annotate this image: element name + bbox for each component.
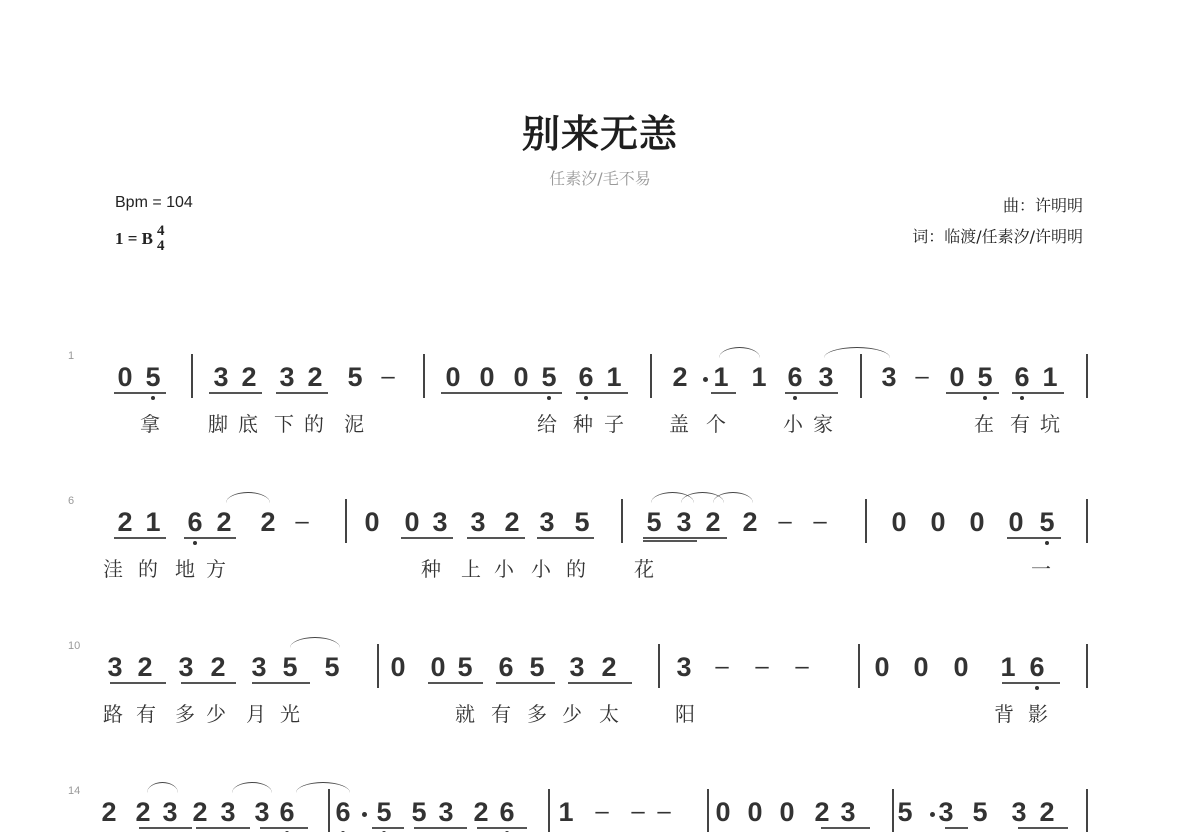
- note: 6: [1027, 652, 1047, 682]
- note: 6: [1012, 362, 1032, 392]
- note: 2: [214, 507, 234, 537]
- lyricist-label: 词：临渡/任素汐/许明明: [912, 224, 1083, 247]
- note: 5: [975, 362, 995, 392]
- lyric-char: 小: [491, 553, 517, 582]
- note: 2: [133, 797, 153, 827]
- note: 0: [443, 362, 463, 392]
- bar-line: [1086, 644, 1088, 688]
- lyric-char: 的: [563, 553, 589, 582]
- note: 1: [556, 797, 576, 827]
- note: 0: [777, 797, 797, 827]
- note: 0: [477, 362, 497, 392]
- note: 3: [674, 507, 694, 537]
- bar-line: [707, 789, 709, 832]
- note: 3: [537, 507, 557, 537]
- lyric-char: 方: [203, 553, 229, 582]
- beam-underline: [537, 537, 594, 539]
- beam-underline: [821, 827, 870, 829]
- note: 1: [1040, 362, 1060, 392]
- lyric-char: 泥: [341, 408, 367, 437]
- beam-underline: [643, 540, 697, 542]
- augmentation-dot: [362, 812, 367, 817]
- low-octave-dot: [983, 396, 987, 400]
- note: 2: [812, 797, 832, 827]
- lyric-char: 一: [1028, 553, 1054, 582]
- beam-underline: [576, 392, 628, 394]
- lyric-char: 小: [780, 408, 806, 437]
- sustain-dash: –: [654, 797, 674, 827]
- note: 1: [604, 362, 624, 392]
- lyric-char: 地: [172, 553, 198, 582]
- system-number: 10: [68, 640, 80, 652]
- beam-underline: [372, 827, 404, 829]
- song-title: 别来无恙: [0, 103, 1200, 158]
- note: 0: [872, 652, 892, 682]
- note: 2: [599, 652, 619, 682]
- bar-line: [892, 789, 894, 832]
- lyric-char: 阳: [672, 698, 698, 727]
- note: 1: [749, 362, 769, 392]
- beam-underline: [496, 682, 555, 684]
- lyric-char: 就: [452, 698, 478, 727]
- lyric-char: 种: [570, 408, 596, 437]
- beam-underline: [785, 392, 838, 394]
- beam-underline: [114, 537, 166, 539]
- beam-underline: [1002, 682, 1060, 684]
- note: 0: [967, 507, 987, 537]
- sustain-dash: –: [912, 362, 932, 392]
- beam-underline: [467, 537, 525, 539]
- note: 1: [711, 362, 731, 392]
- note: 6: [497, 797, 517, 827]
- lyric-char: 在: [971, 408, 997, 437]
- note: 2: [239, 362, 259, 392]
- note: 3: [1009, 797, 1029, 827]
- lyric-char: 脚: [205, 408, 231, 437]
- note: 2: [115, 507, 135, 537]
- note: 3: [430, 507, 450, 537]
- low-octave-dot: [584, 396, 588, 400]
- note: 3: [674, 652, 694, 682]
- slur-arc: [713, 492, 753, 503]
- bar-line: [860, 354, 862, 398]
- note: 3: [160, 797, 180, 827]
- sustain-dash: –: [712, 652, 732, 682]
- bpm-label: Bpm = 104: [115, 194, 193, 212]
- augmentation-dot: [930, 812, 935, 817]
- bar-line: [377, 644, 379, 688]
- lyric-char: 有: [488, 698, 514, 727]
- beam-underline: [711, 392, 736, 394]
- beam-underline: [441, 392, 562, 394]
- lyric-char: 花: [631, 553, 657, 582]
- bar-line: [328, 789, 330, 832]
- slur-arc: [290, 637, 340, 648]
- key-label: 1 = B: [115, 229, 153, 249]
- bar-line: [621, 499, 623, 543]
- note: 0: [428, 652, 448, 682]
- beam-underline: [260, 827, 308, 829]
- note: 6: [185, 507, 205, 537]
- low-octave-dot: [151, 396, 155, 400]
- beam-underline: [1018, 827, 1068, 829]
- note: 0: [511, 362, 531, 392]
- lyric-char: 影: [1025, 698, 1051, 727]
- note: 5: [345, 362, 365, 392]
- beam-underline: [1012, 392, 1064, 394]
- composer-label: 曲：许明明: [1003, 193, 1083, 216]
- slur-arc: [824, 347, 890, 358]
- sustain-dash: –: [792, 652, 812, 682]
- beam-underline: [568, 682, 632, 684]
- note: 3: [816, 362, 836, 392]
- lyric-char: 少: [203, 698, 229, 727]
- augmentation-dot: [703, 377, 708, 382]
- note: 5: [527, 652, 547, 682]
- note: 2: [703, 507, 723, 537]
- note: 6: [277, 797, 297, 827]
- note: 3: [211, 362, 231, 392]
- beam-underline: [209, 392, 262, 394]
- sustain-dash: –: [775, 507, 795, 537]
- note: 0: [947, 362, 967, 392]
- beam-underline: [181, 682, 236, 684]
- note: 0: [745, 797, 765, 827]
- system-number: 6: [68, 495, 74, 507]
- lyric-char: 月: [243, 698, 269, 727]
- note: 0: [388, 652, 408, 682]
- low-octave-dot: [1045, 541, 1049, 545]
- note: 3: [249, 652, 269, 682]
- low-octave-dot: [1020, 396, 1024, 400]
- note: 2: [502, 507, 522, 537]
- bar-line: [1086, 499, 1088, 543]
- bar-line: [658, 644, 660, 688]
- bar-line: [1086, 789, 1088, 832]
- slur-arc: [232, 782, 272, 793]
- note: 6: [333, 797, 353, 827]
- lyric-char: 家: [810, 408, 836, 437]
- low-octave-dot: [793, 396, 797, 400]
- note: 5: [572, 507, 592, 537]
- beam-underline: [401, 537, 453, 539]
- note: 0: [402, 507, 422, 537]
- note: 3: [936, 797, 956, 827]
- slur-arc: [147, 782, 178, 793]
- beam-underline: [110, 682, 166, 684]
- lyric-char: 小: [528, 553, 554, 582]
- note: 5: [644, 507, 664, 537]
- bar-line: [345, 499, 347, 543]
- note: 0: [911, 652, 931, 682]
- sustain-dash: –: [752, 652, 772, 682]
- slur-arc: [296, 782, 350, 793]
- note: 5: [374, 797, 394, 827]
- note: 2: [1037, 797, 1057, 827]
- lyric-char: 子: [601, 408, 627, 437]
- note: 0: [362, 507, 382, 537]
- bar-line: [650, 354, 652, 398]
- lyric-char: 多: [172, 698, 198, 727]
- note: 3: [176, 652, 196, 682]
- beam-underline: [252, 682, 310, 684]
- note: 5: [895, 797, 915, 827]
- note: 3: [468, 507, 488, 537]
- lyric-char: 种: [418, 553, 444, 582]
- note: 2: [208, 652, 228, 682]
- lyric-char: 的: [135, 553, 161, 582]
- note: 2: [190, 797, 210, 827]
- note: 3: [838, 797, 858, 827]
- note: 0: [115, 362, 135, 392]
- beam-underline: [414, 827, 467, 829]
- system-number: 14: [68, 785, 80, 797]
- artist-label: 任素汐/毛不易: [0, 166, 1200, 189]
- lyric-char: 上: [458, 553, 484, 582]
- note: 5: [539, 362, 559, 392]
- note: 2: [258, 507, 278, 537]
- bar-line: [858, 644, 860, 688]
- note: 0: [928, 507, 948, 537]
- note: 6: [576, 362, 596, 392]
- beam-underline: [114, 392, 166, 394]
- bar-line: [548, 789, 550, 832]
- lyric-char: 路: [100, 698, 126, 727]
- note: 2: [305, 362, 325, 392]
- note: 2: [135, 652, 155, 682]
- sustain-dash: –: [292, 507, 312, 537]
- note: 0: [713, 797, 733, 827]
- note: 0: [951, 652, 971, 682]
- note: 2: [740, 507, 760, 537]
- beam-underline: [946, 392, 999, 394]
- slur-arc: [226, 492, 270, 503]
- note: 3: [277, 362, 297, 392]
- sustain-dash: –: [378, 362, 398, 392]
- bar-line: [865, 499, 867, 543]
- note: 6: [496, 652, 516, 682]
- low-octave-dot: [193, 541, 197, 545]
- key-signature: 1 = B 4 4: [115, 224, 165, 254]
- note: 1: [998, 652, 1018, 682]
- lyric-char: 坑: [1037, 408, 1063, 437]
- time-signature-bottom: 4: [157, 239, 165, 254]
- note: 0: [889, 507, 909, 537]
- beam-underline: [428, 682, 483, 684]
- note: 2: [99, 797, 119, 827]
- beam-underline: [276, 392, 328, 394]
- sustain-dash: –: [810, 507, 830, 537]
- lyric-char: 个: [703, 408, 729, 437]
- bar-line: [191, 354, 193, 398]
- time-signature: 4 4: [157, 224, 165, 254]
- sustain-dash: –: [592, 797, 612, 827]
- note: 5: [143, 362, 163, 392]
- sustain-dash: –: [628, 797, 648, 827]
- lyric-char: 少: [559, 698, 585, 727]
- lyric-char: 有: [133, 698, 159, 727]
- note: 3: [218, 797, 238, 827]
- note: 3: [879, 362, 899, 392]
- note: 5: [1037, 507, 1057, 537]
- lyric-char: 太: [596, 698, 622, 727]
- beam-underline: [1007, 537, 1061, 539]
- beam-underline: [139, 827, 192, 829]
- lyric-char: 有: [1007, 408, 1033, 437]
- lyric-char: 洼: [100, 553, 126, 582]
- lyric-char: 多: [524, 698, 550, 727]
- lyric-char: 盖: [666, 408, 692, 437]
- time-signature-top: 4: [157, 224, 165, 239]
- beam-underline: [643, 537, 727, 539]
- lyric-char: 底: [235, 408, 261, 437]
- beam-underline: [477, 827, 527, 829]
- note: 1: [143, 507, 163, 537]
- note: 3: [252, 797, 272, 827]
- note: 5: [280, 652, 300, 682]
- low-octave-dot: [1035, 686, 1039, 690]
- lyric-char: 拿: [137, 408, 163, 437]
- bar-line: [423, 354, 425, 398]
- low-octave-dot: [547, 396, 551, 400]
- note: 2: [670, 362, 690, 392]
- note: 3: [436, 797, 456, 827]
- note: 5: [455, 652, 475, 682]
- lyric-char: 下: [271, 408, 297, 437]
- system-number: 1: [68, 350, 74, 362]
- note: 3: [105, 652, 125, 682]
- note: 5: [970, 797, 990, 827]
- bar-line: [1086, 354, 1088, 398]
- note: 5: [409, 797, 429, 827]
- note: 0: [1006, 507, 1026, 537]
- beam-underline: [184, 537, 236, 539]
- lyric-char: 的: [301, 408, 327, 437]
- lyric-char: 背: [991, 698, 1017, 727]
- note: 3: [567, 652, 587, 682]
- note: 6: [785, 362, 805, 392]
- lyric-char: 光: [277, 698, 303, 727]
- note: 2: [471, 797, 491, 827]
- slur-arc: [719, 347, 760, 358]
- lyric-char: 给: [534, 408, 560, 437]
- beam-underline: [196, 827, 250, 829]
- beam-underline: [945, 827, 968, 829]
- note: 5: [322, 652, 342, 682]
